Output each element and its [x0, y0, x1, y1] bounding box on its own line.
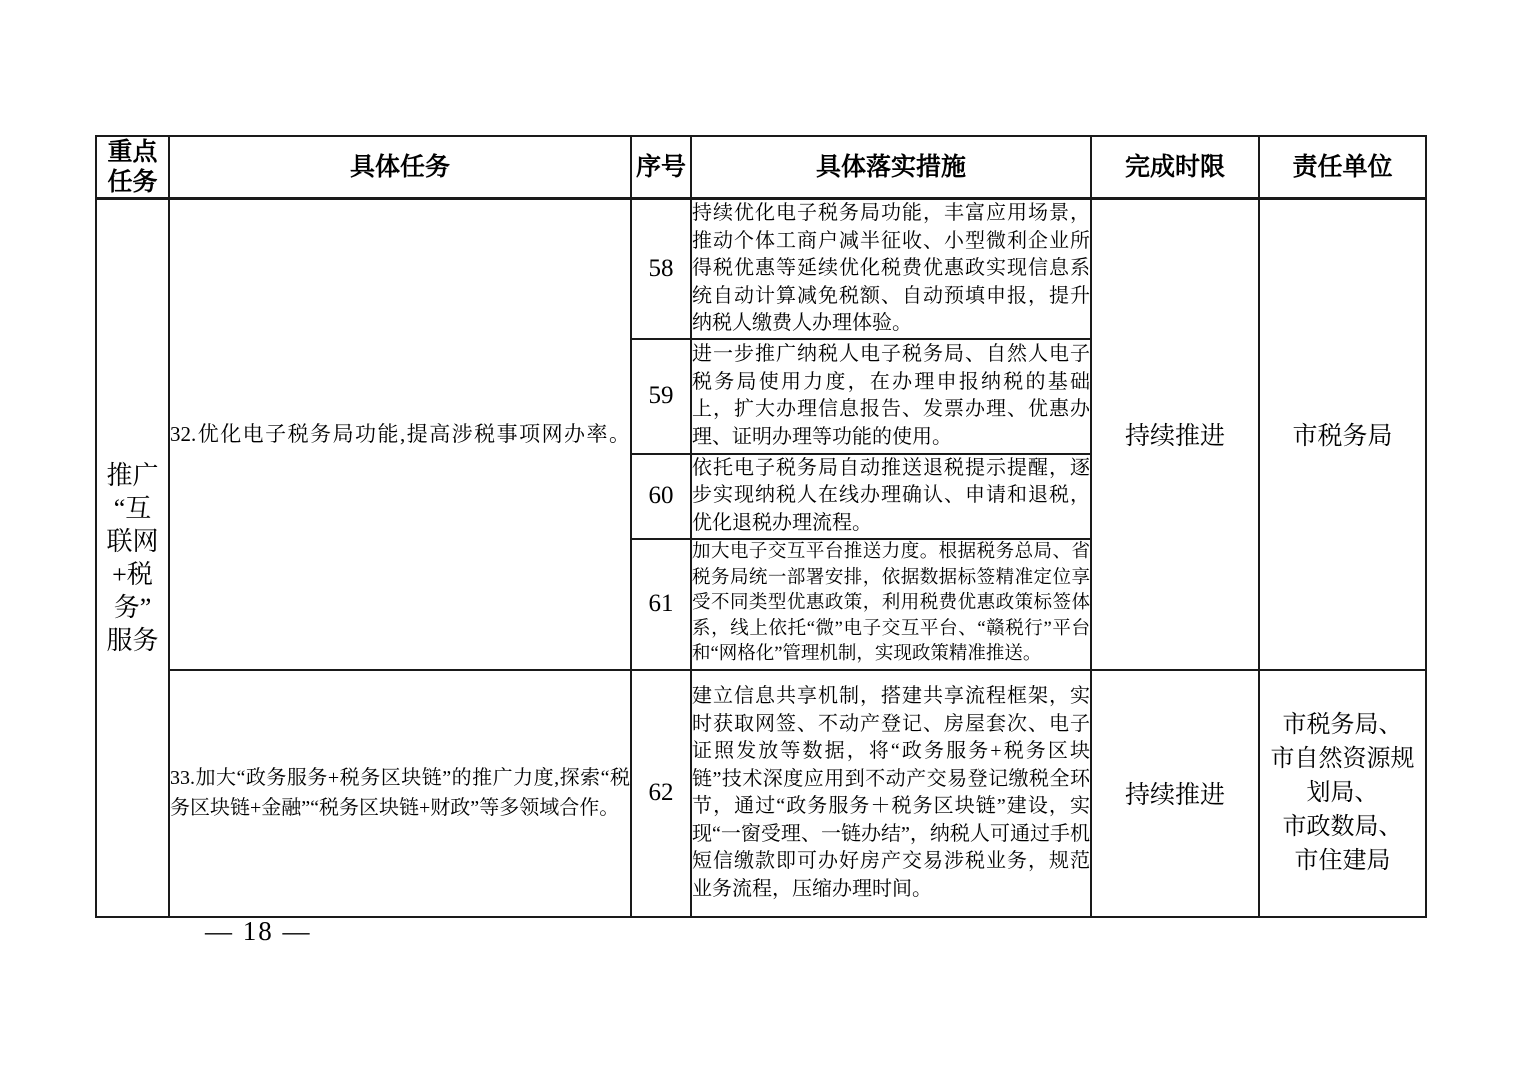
measure-row-62: 33.加大“政务服务+税务区块链”的推广力度,探索“税务区块链+金融”“税务区块… — [96, 670, 1426, 917]
serial-cell-62: 62 — [631, 670, 691, 917]
header-measures: 具体落实措施 — [691, 136, 1091, 199]
measure-cell-62: 建立信息共享机制，搭建共享流程框架，实时获取网签、不动产登记、房屋套次、电子证照… — [691, 670, 1091, 917]
header-deadline: 完成时限 — [1091, 136, 1259, 199]
header-serial: 序号 — [631, 136, 691, 199]
document-page: 重点 任务 具体任务 序号 具体落实措施 完成时限 责任单位 推广 “互 联网 … — [0, 0, 1520, 1074]
serial-cell-60: 60 — [631, 454, 691, 539]
task-33-cell: 33.加大“政务服务+税务区块链”的推广力度,探索“税务区块链+金融”“税务区块… — [169, 670, 631, 917]
header-key-task: 重点 任务 — [96, 136, 169, 199]
header-row: 重点 任务 具体任务 序号 具体落实措施 完成时限 责任单位 — [96, 136, 1426, 199]
tax-task-table-wrap: 重点 任务 具体任务 序号 具体落实措施 完成时限 责任单位 推广 “互 联网 … — [95, 135, 1427, 918]
deadline-cell-group-32: 持续推进 — [1091, 199, 1259, 670]
responsible-cell-group-32: 市税务局 — [1259, 199, 1426, 670]
page-number: — 18 — — [205, 916, 312, 947]
serial-cell-58: 58 — [631, 199, 691, 339]
measure-cell-59: 进一步推广纳税人电子税务局、自然人电子税务局使用力度，在办理申报纳税的基础上，扩… — [691, 339, 1091, 454]
header-responsible: 责任单位 — [1259, 136, 1426, 199]
serial-cell-59: 59 — [631, 339, 691, 454]
deadline-cell-group-33: 持续推进 — [1091, 670, 1259, 917]
measure-row-58: 推广 “互 联网 +税 务” 服务 32.优化电子税务局功能,提高涉税事项网办率… — [96, 199, 1426, 339]
measure-cell-58: 持续优化电子税务局功能，丰富应用场景，推动个体工商户减半征收、小型微利企业所得税… — [691, 199, 1091, 339]
measure-cell-61: 加大电子交互平台推送力度。根据税务总局、省税务局统一部署安排，依据数据标签精准定… — [691, 539, 1091, 670]
tax-task-table: 重点 任务 具体任务 序号 具体落实措施 完成时限 责任单位 推广 “互 联网 … — [95, 135, 1427, 918]
serial-cell-61: 61 — [631, 539, 691, 670]
task-32-cell: 32.优化电子税务局功能,提高涉税事项网办率。 — [169, 199, 631, 670]
key-task-cell: 推广 “互 联网 +税 务” 服务 — [96, 199, 169, 917]
responsible-cell-group-33: 市税务局、 市自然资源规 划局、 市政数局、 市住建局 — [1259, 670, 1426, 917]
measure-cell-60: 依托电子税务局自动推送退税提示提醒，逐步实现纳税人在线办理确认、申请和退税，优化… — [691, 454, 1091, 539]
header-specific-task: 具体任务 — [169, 136, 631, 199]
